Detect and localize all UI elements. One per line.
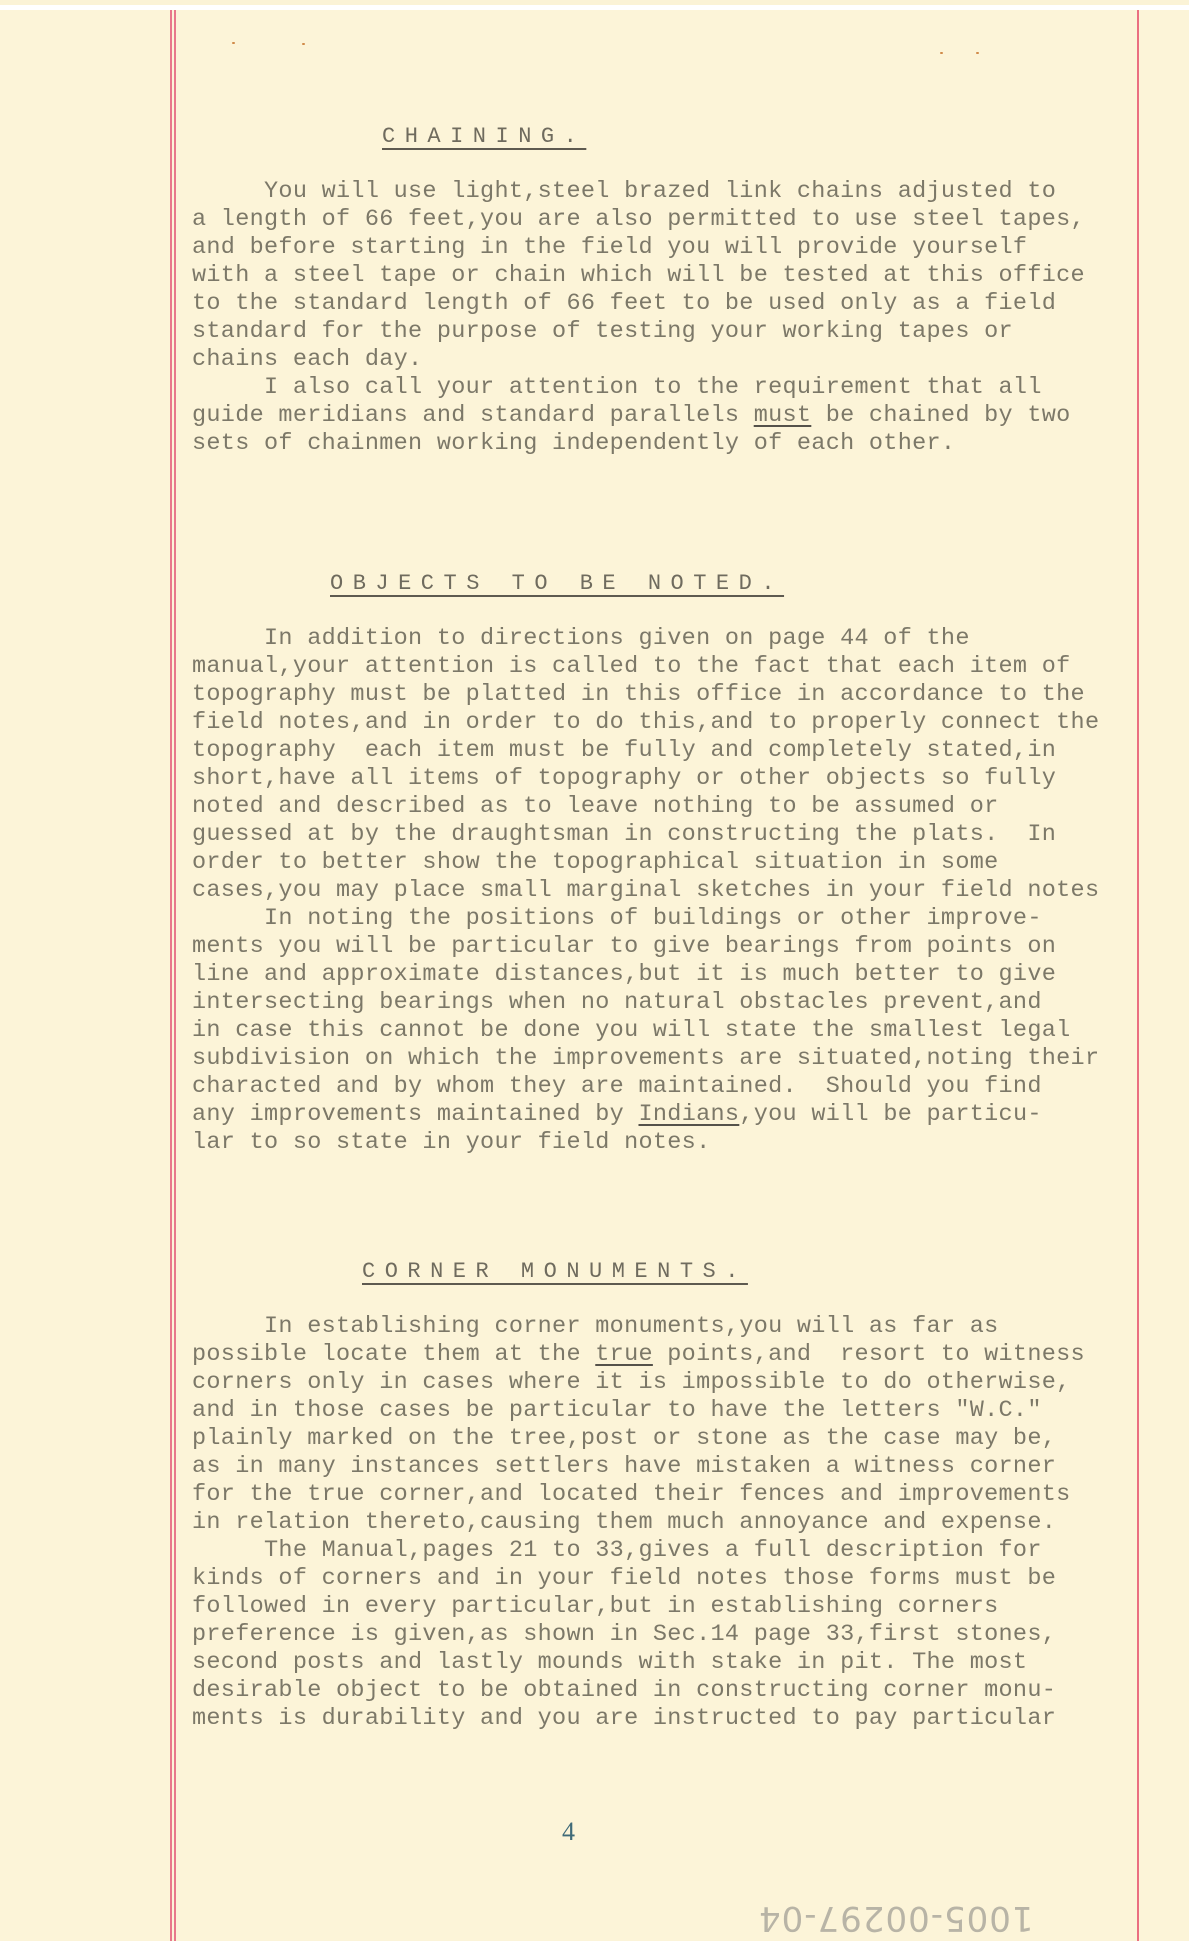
text-line: to the standard length of 66 feet to be … bbox=[192, 290, 1056, 318]
text-line: short,have all items of topography or ot… bbox=[192, 765, 1056, 793]
text-line: with a steel tape or chain which will be… bbox=[192, 262, 1085, 290]
text-line: You will use light,steel brazed link cha… bbox=[192, 178, 1056, 206]
underlined-word: must bbox=[754, 402, 812, 429]
paper-speck bbox=[232, 42, 235, 44]
text-line: in case this cannot be done you will sta… bbox=[192, 1017, 1071, 1045]
text-fragment: ,you will be particu- bbox=[739, 1101, 1041, 1128]
text-line: field notes,and in order to do this,and … bbox=[192, 709, 1099, 737]
underlined-word: Indians bbox=[638, 1101, 739, 1128]
text-line: characted and by whom they are maintaine… bbox=[192, 1073, 1042, 1101]
text-line: I also call your attention to the requir… bbox=[192, 374, 1042, 402]
text-line: plainly marked on the tree,post or stone… bbox=[192, 1425, 1056, 1453]
page-number: 4 bbox=[562, 1817, 575, 1847]
text-line: sets of chainmen working independently o… bbox=[192, 430, 955, 458]
section-heading-corner-monuments: CORNER MONUMENTS. bbox=[362, 1258, 748, 1286]
text-line: and in those cases be particular to have… bbox=[192, 1397, 1042, 1425]
document-page: CHAINING. You will use light,steel braze… bbox=[0, 5, 1189, 1941]
text-line: In addition to directions given on page … bbox=[192, 625, 970, 653]
text-line: order to better show the topographical s… bbox=[192, 849, 999, 877]
text-line: In establishing corner monuments,you wil… bbox=[192, 1313, 999, 1341]
left-margin-rule bbox=[170, 10, 172, 1941]
text-line: and before starting in the field you wil… bbox=[192, 234, 1027, 262]
text-line: in relation thereto,causing them much an… bbox=[192, 1509, 1056, 1537]
text-line: topography each item must be fully and c… bbox=[192, 737, 1056, 765]
underlined-word: true bbox=[595, 1341, 653, 1368]
text-line: ments is durability and you are instruct… bbox=[192, 1705, 1056, 1733]
archive-reference-mark: 1005-00297-04 bbox=[758, 1898, 1034, 1938]
text-line: for the true corner,and located their fe… bbox=[192, 1481, 1071, 1509]
text-fragment: points,and resort to witness bbox=[653, 1341, 1085, 1368]
text-fragment: guide meridians and standard parallels bbox=[192, 402, 754, 429]
text-line: followed in every particular,but in esta… bbox=[192, 1593, 999, 1621]
text-line: lar to so state in your field notes. bbox=[192, 1129, 710, 1157]
text-line: subdivision on which the improvements ar… bbox=[192, 1045, 1099, 1073]
right-margin-rule bbox=[1137, 10, 1139, 1941]
scan-edge bbox=[0, 5, 1189, 10]
text-line: desirable object to be obtained in const… bbox=[192, 1677, 1056, 1705]
text-line: kinds of corners and in your field notes… bbox=[192, 1565, 1056, 1593]
text-line: any improvements maintained by Indians,y… bbox=[192, 1101, 1042, 1129]
text-line: guessed at by the draughtsman in constru… bbox=[192, 821, 1056, 849]
text-line: ments you will be particular to give bea… bbox=[192, 933, 1056, 961]
text-line: noted and described as to leave nothing … bbox=[192, 793, 999, 821]
text-line: possible locate them at the true points,… bbox=[192, 1341, 1085, 1369]
text-fragment: any improvements maintained by bbox=[192, 1101, 638, 1128]
text-line: cases,you may place small marginal sketc… bbox=[192, 877, 1099, 905]
text-fragment: possible locate them at the bbox=[192, 1341, 595, 1368]
paper-speck bbox=[940, 52, 943, 54]
text-line: standard for the purpose of testing your… bbox=[192, 318, 1013, 346]
text-fragment: be chained by two bbox=[811, 402, 1070, 429]
text-line: a length of 66 feet,you are also permitt… bbox=[192, 206, 1085, 234]
text-line: guide meridians and standard parallels m… bbox=[192, 402, 1071, 430]
section-heading-objects-to-be-noted: OBJECTS TO BE NOTED. bbox=[330, 570, 784, 598]
text-line: manual,your attention is called to the f… bbox=[192, 653, 1071, 681]
text-line: The Manual,pages 21 to 33,gives a full d… bbox=[192, 1537, 1042, 1565]
text-line: preference is given,as shown in Sec.14 p… bbox=[192, 1621, 1056, 1649]
text-line: chains each day. bbox=[192, 346, 422, 374]
text-line: line and approximate distances,but it is… bbox=[192, 961, 1056, 989]
text-line: second posts and lastly mounds with stak… bbox=[192, 1649, 1027, 1677]
text-line: corners only in cases where it is imposs… bbox=[192, 1369, 1071, 1397]
text-line: as in many instances settlers have mista… bbox=[192, 1453, 1056, 1481]
section-heading-chaining: CHAINING. bbox=[382, 123, 586, 151]
paper-speck bbox=[976, 52, 979, 54]
text-line: topography must be platted in this offic… bbox=[192, 681, 1085, 709]
left-margin-rule-inner bbox=[174, 10, 176, 1941]
text-line: In noting the positions of buildings or … bbox=[192, 905, 1042, 933]
text-line: intersecting bearings when no natural ob… bbox=[192, 989, 1042, 1017]
paper-speck bbox=[302, 43, 305, 45]
